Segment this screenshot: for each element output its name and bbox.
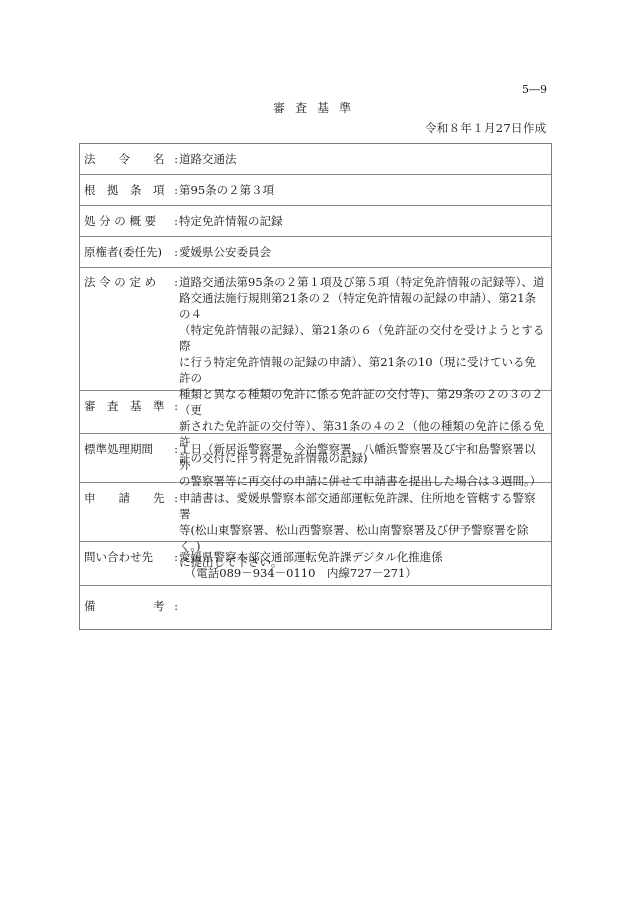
label-application-destination: 申 請 先 (80, 490, 173, 541)
row-legal-provisions: 法 令 の 定 め : 道路交通法第95条の２第１項及び第５項（特定免許情報の記… (80, 268, 551, 391)
label-review-criteria: 審 査 基 準 (80, 398, 173, 433)
value-legal-provisions: 道路交通法第95条の２第１項及び第５項（特定免許情報の記録等）、道 路交通法施行… (179, 274, 551, 390)
value-remarks (179, 598, 551, 629)
label-standard-processing-period: 標準処理期間 (80, 441, 173, 482)
label-contact: 問い合わせ先 (80, 549, 173, 585)
label-remarks: 備 考 (80, 598, 173, 629)
label-legal-provisions: 法 令 の 定 め (80, 274, 173, 390)
row-law-name: 法 令 名 : 道路交通法 (80, 144, 551, 175)
label-authority: 原権者(委任先) (80, 244, 173, 267)
value-standard-processing-period: １日（新居浜警察署、今治警察署、八幡浜警察署及び宇和島警察署以外 の警察署等に再… (179, 441, 551, 482)
review-criteria-table: 法 令 名 : 道路交通法 根 拠 条 項 : 第95条の２第３項 処 分 の … (79, 143, 552, 630)
row-remarks: 備 考 : (80, 586, 551, 629)
row-disposition-summary: 処 分 の 概 要 : 特定免許情報の記録 (80, 206, 551, 237)
value-legal-basis: 第95条の２第３項 (179, 182, 551, 205)
row-standard-processing-period: 標準処理期間 : １日（新居浜警察署、今治警察署、八幡浜警察署及び宇和島警察署以… (80, 434, 551, 483)
row-application-destination: 申 請 先 : 申請書は、愛媛県警察本部交通部運転免許課、住所地を管轄する警察署… (80, 483, 551, 542)
label-disposition-summary: 処 分 の 概 要 (80, 213, 173, 236)
row-contact: 問い合わせ先 : 愛媛県警察本部交通部運転免許課デジタル化推進係 （電話089－… (80, 542, 551, 586)
label-legal-basis: 根 拠 条 項 (80, 182, 173, 205)
value-contact: 愛媛県警察本部交通部運転免許課デジタル化推進係 （電話089－934－0110 … (179, 549, 551, 585)
value-disposition-summary: 特定免許情報の記録 (179, 213, 551, 236)
row-legal-basis: 根 拠 条 項 : 第95条の２第３項 (80, 175, 551, 206)
value-law-name: 道路交通法 (179, 151, 551, 174)
document-title: 審査基準 (273, 99, 361, 116)
label-law-name: 法 令 名 (80, 151, 173, 174)
value-authority: 愛媛県公安委員会 (179, 244, 551, 267)
row-review-criteria: 審 査 基 準 : (80, 391, 551, 434)
page-number: 5―9 (522, 83, 547, 96)
value-review-criteria (179, 398, 551, 433)
row-authority: 原権者(委任先) : 愛媛県公安委員会 (80, 237, 551, 268)
creation-date: 令和８年１月27日作成 (425, 120, 546, 136)
value-application-destination: 申請書は、愛媛県警察本部交通部運転免許課、住所地を管轄する警察署 等(松山東警察… (179, 490, 551, 541)
